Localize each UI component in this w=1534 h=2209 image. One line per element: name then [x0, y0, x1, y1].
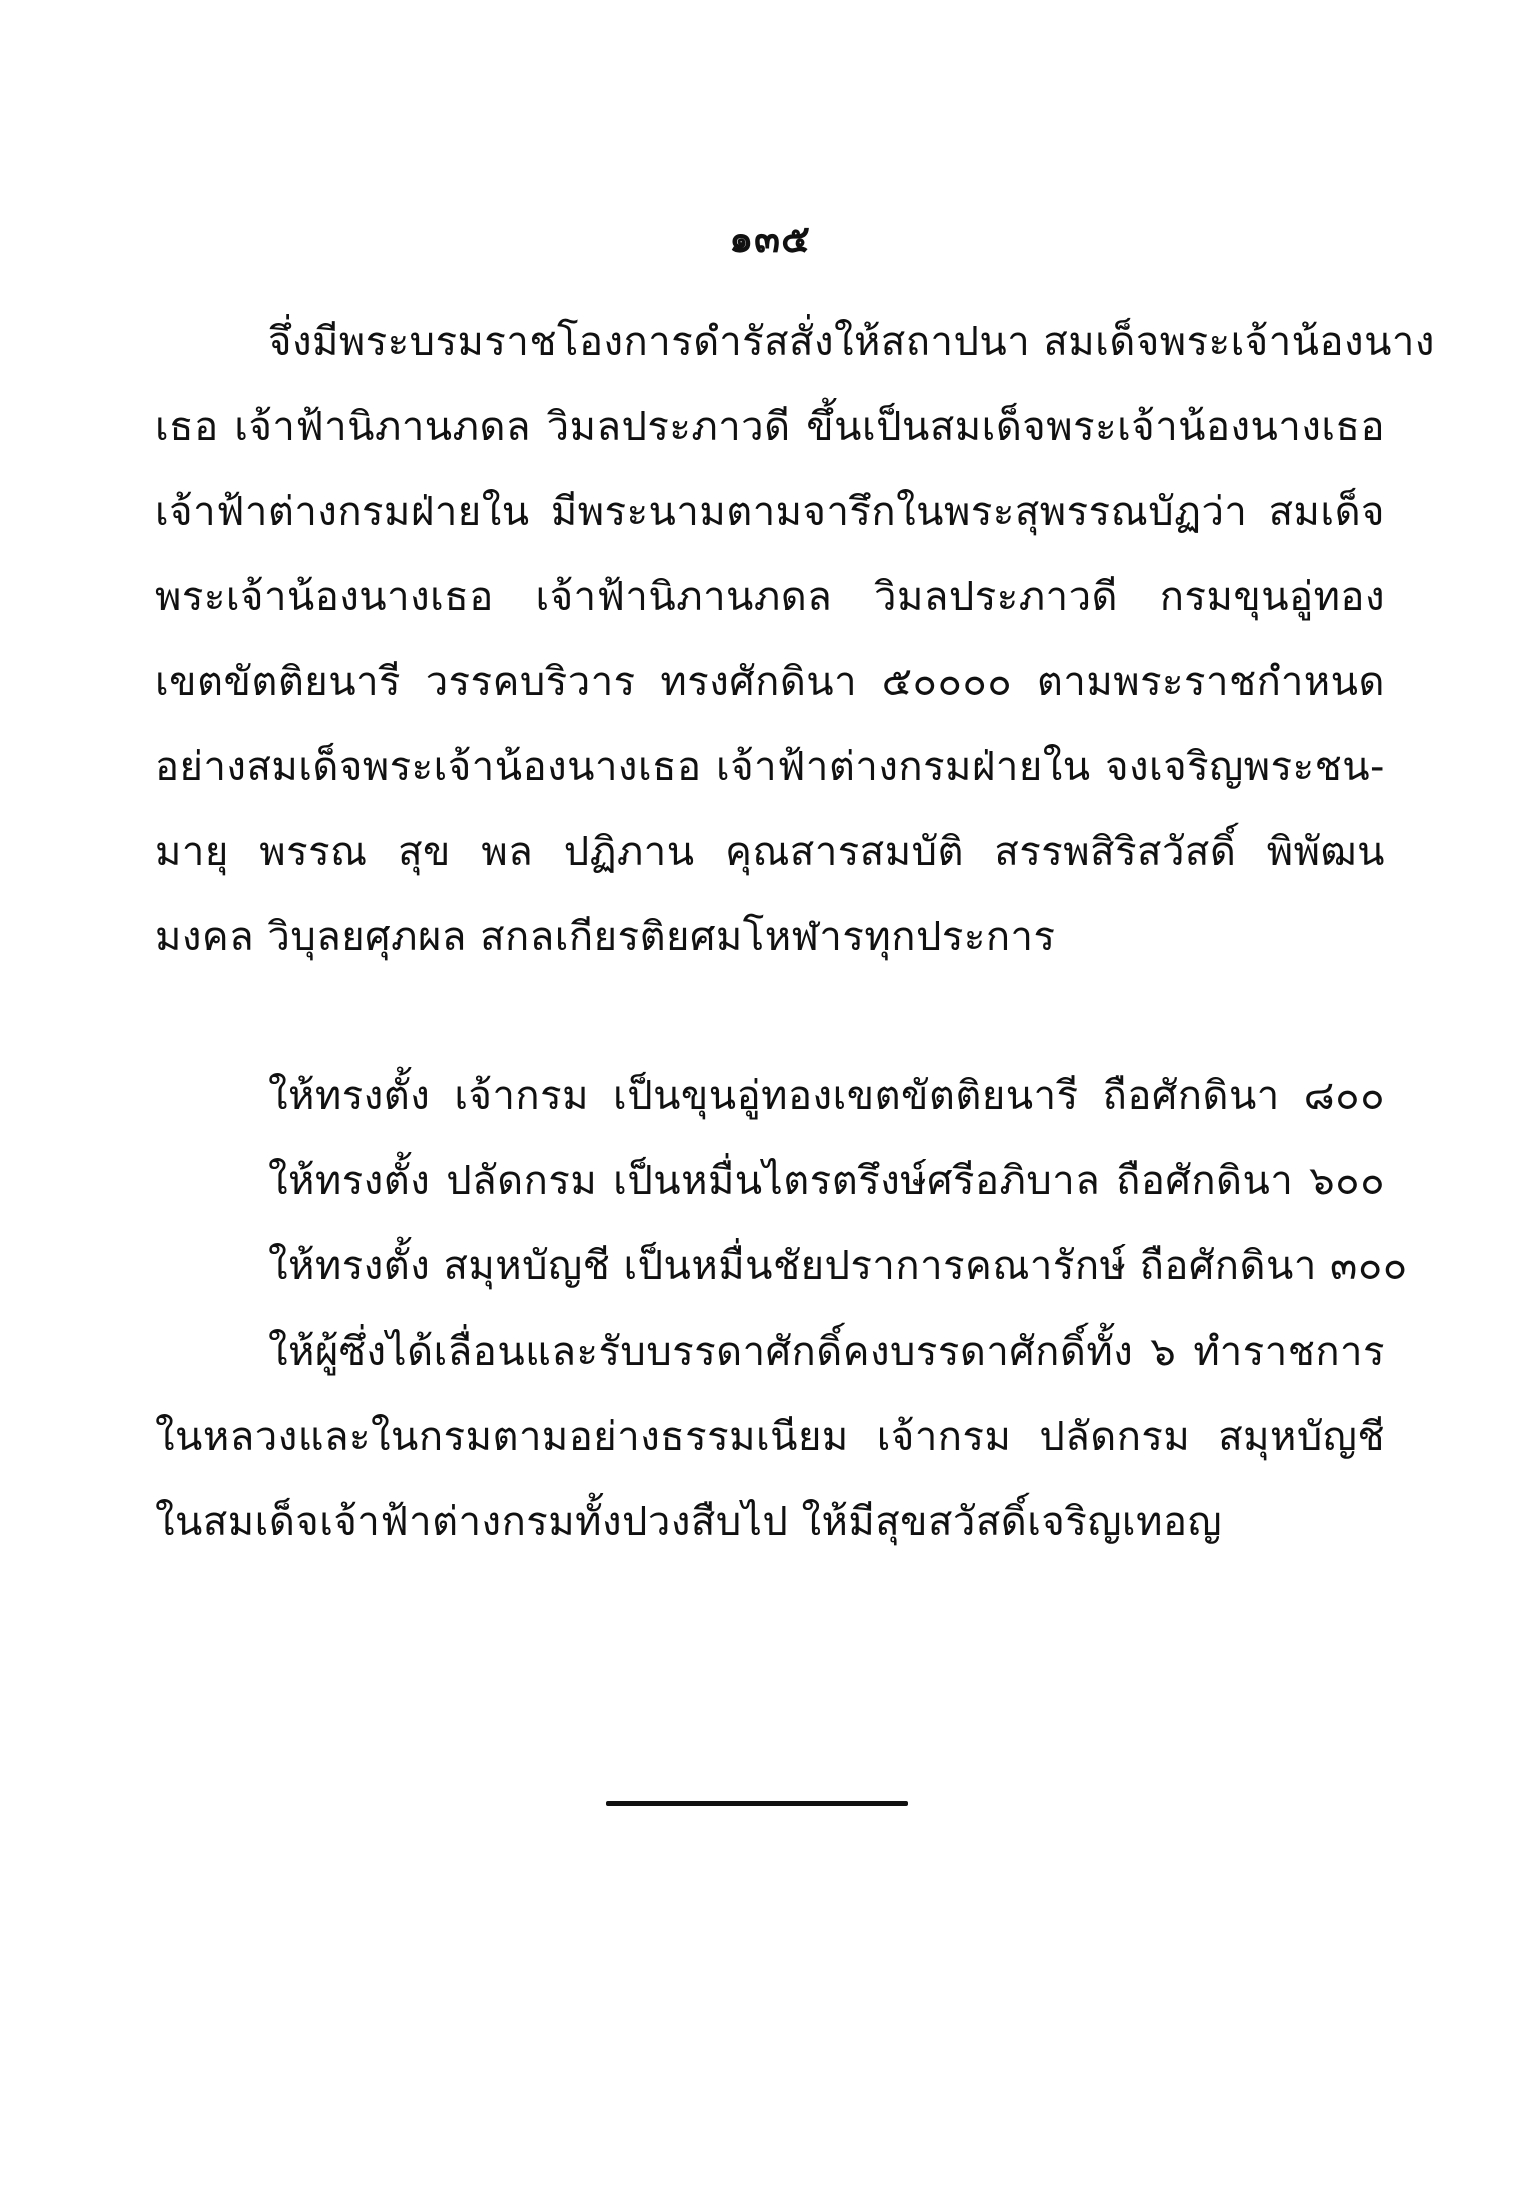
text-line-1: จึ่งมีพระบรมราชโองการดำรัสสั่งให้สถาปนา …: [268, 312, 1385, 372]
text-line-3: เจ้าฟ้าต่างกรมฝ่ายใน มีพระนามตามจารึกในพ…: [155, 482, 1385, 542]
text-line-14: ในสมเด็จเจ้าฟ้าต่างกรมทั้งปวงสืบไป ให้มี…: [155, 1492, 1385, 1552]
text-line-6: อย่างสมเด็จพระเจ้าน้องนางเธอ เจ้าฟ้าต่าง…: [155, 737, 1385, 797]
text-line-12: ให้ผู้ซึ่งได้เลื่อนและรับบรรดาศักดิ์คงบร…: [268, 1322, 1385, 1382]
text-line-5: เขตขัตติยนารี วรรคบริวาร ทรงศักดินา ๕๐๐๐…: [155, 652, 1385, 712]
text-line-7: มายุ พรรณ สุข พล ปฏิภาน คุณสารสมบัติ สรร…: [155, 822, 1385, 882]
text-line-13: ในหลวงและในกรมตามอย่างธรรมเนียม เจ้ากรม …: [155, 1407, 1385, 1467]
end-divider: [606, 1801, 908, 1806]
page-number: ๑๓๕: [0, 208, 1534, 269]
document-page: ๑๓๕ จึ่งมีพระบรมราชโองการดำรัสสั่งให้สถา…: [0, 0, 1534, 2209]
text-line-2: เธอ เจ้าฟ้านิภานภดล วิมลประภาวดี ขึ้นเป็…: [155, 397, 1385, 457]
appointment-line-2: ให้ทรงตั้ง ปลัดกรม เป็นหมื่นไตรตรึงษ์ศรี…: [268, 1151, 1385, 1211]
appointment-line-1: ให้ทรงตั้ง เจ้ากรม เป็นขุนอู่ทองเขตขัตติ…: [268, 1066, 1385, 1126]
text-line-4: พระเจ้าน้องนางเธอ เจ้าฟ้านิภานภดล วิมลปร…: [155, 567, 1385, 627]
text-line-8: มงคล วิบุลยศุภผล สกลเกียรติยศมโหฬารทุกปร…: [155, 907, 1385, 967]
appointment-line-3: ให้ทรงตั้ง สมุหบัญชี เป็นหมื่นชัยปราการค…: [268, 1236, 1385, 1296]
